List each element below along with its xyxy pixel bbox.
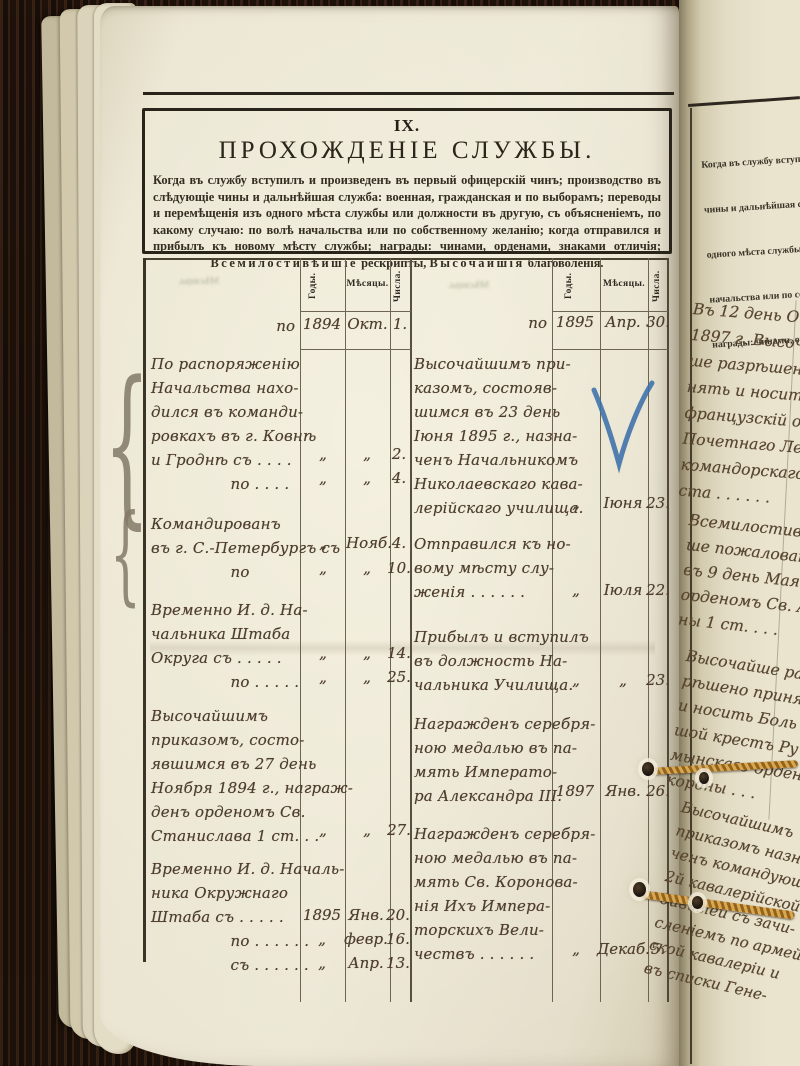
date-day: 25. [386, 667, 412, 687]
date-month: „ [599, 670, 647, 690]
column-label-days: Числа. [652, 263, 662, 309]
opening-year: 1894 [299, 314, 345, 334]
service-entry: Временно И. д. На- чальника Штаба Округа… [151, 598, 308, 694]
date-month: „ [346, 444, 388, 464]
date-year: „ [553, 493, 599, 513]
next-page-entry: Въ 12 день Окт 1897 г. Высочай ше разрѣш… [678, 296, 800, 515]
date-day: 22. [645, 580, 671, 600]
margin-brace: { [110, 492, 141, 617]
show-through-ghost: Мѣсяцы. [448, 280, 489, 291]
column-label-years: Годы. [564, 263, 574, 309]
date-month: Янв. [599, 781, 647, 801]
date-month: „ [346, 820, 388, 840]
binding-hole [642, 762, 654, 776]
date-month: „ [346, 667, 388, 687]
row-rule [552, 349, 668, 350]
opening-day: 1. [388, 314, 412, 334]
date-year: „ [299, 953, 345, 973]
section-title: ПРОХОЖДЕНІЕ СЛУЖБЫ. [145, 137, 669, 165]
date-day: 10. [386, 558, 412, 578]
date-year: „ [301, 444, 345, 464]
next-page-entry: Высочайше раз рѣшено принять и носить Бо… [665, 644, 800, 815]
column-label-months: Мѣсяцы. [345, 279, 390, 289]
opening-day: 30. [645, 312, 671, 332]
date-month: февр. [344, 929, 388, 949]
page-frame-top-rule [143, 92, 674, 95]
date-day: 14. [386, 643, 412, 663]
checkmark-icon [578, 374, 664, 480]
date-year: „ [301, 820, 345, 840]
header-underline [300, 311, 411, 312]
date-day: 4. [386, 533, 412, 553]
opening-po-label: по [150, 316, 295, 336]
date-day: 13. [384, 953, 412, 973]
service-entry: Отправился къ но- вому мѣсту слу- женія … [414, 532, 571, 604]
date-day: 20. [384, 905, 412, 925]
date-year: „ [301, 643, 345, 663]
description-text: Когда въ службу вступилъ и произведенъ в… [153, 173, 661, 253]
column-rule [390, 258, 391, 1002]
date-year: „ [299, 929, 345, 949]
row-rule [300, 349, 411, 350]
next-page-entry: Всемилостивѣй ше пожалованъ въ 9 день Ма… [677, 508, 800, 649]
binding-hole [699, 772, 709, 784]
date-month: „ [346, 558, 388, 578]
column-rule [600, 258, 601, 1002]
date-month: Іюля [599, 580, 647, 600]
table-top-rule [143, 258, 668, 260]
print-line: Когда въ службу вступ [701, 150, 800, 173]
column-rule [410, 258, 412, 1002]
date-day: 16. [384, 929, 412, 949]
column-rule [345, 258, 346, 1002]
date-day: 23. [645, 670, 671, 690]
binding-hole [692, 896, 703, 909]
column-label-years: Годы. [308, 263, 318, 309]
date-year: „ [301, 468, 345, 488]
date-year: 1897 [551, 781, 599, 801]
binding-hole [633, 882, 646, 897]
date-year: „ [301, 533, 345, 553]
section-number: IX. [145, 116, 669, 136]
date-month: „ [346, 643, 388, 663]
show-through-ghost: Мѣсяцы. [178, 276, 219, 287]
opening-po-label: по [415, 313, 547, 333]
date-month: Декаб. [597, 939, 649, 959]
date-month: „ [346, 468, 388, 488]
date-day: 4. [386, 468, 412, 488]
date-month: Іюня [599, 493, 647, 513]
column-label-days: Числа. [393, 263, 403, 309]
service-entry: По распоряженію Начальства нахо- дился в… [151, 352, 316, 496]
date-year: „ [553, 939, 599, 959]
print-line: одного мѣста службы ил [706, 240, 800, 263]
date-year: „ [553, 580, 599, 600]
date-year: „ [301, 558, 345, 578]
date-month: Янв. [344, 905, 388, 925]
column-label-months: Мѣсяцы. [600, 279, 648, 289]
section-header-box: IX. ПРОХОЖДЕНІЕ СЛУЖБЫ. Когда въ службу … [142, 108, 672, 254]
date-month: Нояб. [346, 533, 388, 553]
date-day: 23. [645, 493, 671, 513]
print-line: чины и дальнѣйшая слу [704, 195, 800, 218]
date-day: 2. [386, 444, 412, 464]
date-month: Апр. [344, 953, 388, 973]
date-day: 27. [386, 820, 412, 840]
opening-month: Апр. [599, 312, 647, 332]
date-year: 1895 [299, 905, 345, 925]
section-description: Когда въ службу вступилъ и произведенъ в… [153, 172, 661, 272]
opening-month: Окт. [345, 314, 390, 334]
opening-year: 1895 [551, 312, 599, 332]
date-year: „ [301, 667, 345, 687]
date-year: „ [553, 670, 599, 690]
